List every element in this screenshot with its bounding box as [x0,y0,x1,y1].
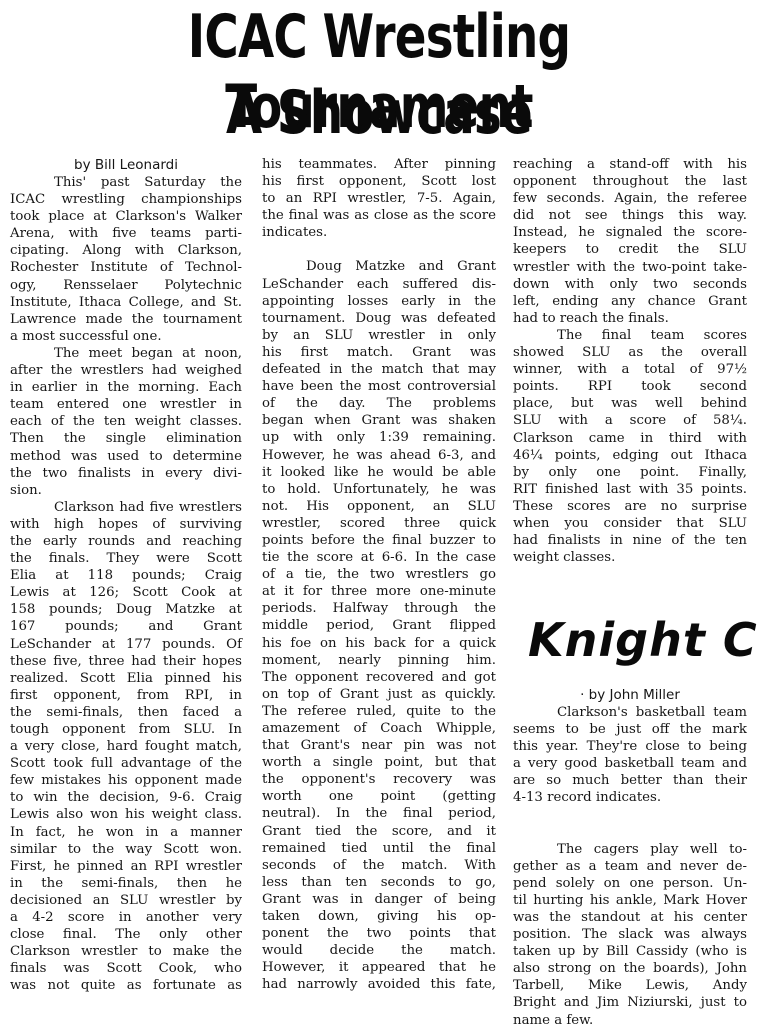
text-line: showed SLU as the overall [513,344,747,361]
text-line: This' past Saturday the [10,174,242,191]
column-lines: Clarkson's basketball teamseems to be ju… [513,704,747,1024]
text-line: ponent the two points that [262,925,496,942]
text-line: taken down, giving his op- [262,908,496,925]
text-line: opponent throughout the last [513,173,747,190]
text-line: Then the single elimination [10,430,242,447]
text-line: the two finalists in every divi- [10,465,242,482]
text-line: Institute, Ithaca College, and St. [10,294,242,311]
text-line: by only one point. Finally, [513,464,747,481]
text-line: pend solely on one person. Un- [513,875,747,892]
text-line: less than ten seconds to go, [262,874,496,891]
text-line: Rochester Institute of Technol- [10,259,242,276]
text-line: of the day. The problems [262,395,496,412]
text-line: remained tied until the final [262,840,496,857]
text-line: neutral). In the final period, [262,805,496,822]
text-line: to an RPI wrestler, 7-5. Again, [262,190,496,207]
text-line: in the semi-finals, then he [10,875,242,892]
text-line: LeSchander each suffered dis- [262,276,496,293]
text-line: was the standout at his center [513,909,747,926]
text-line: defeated in the match that may [262,361,496,378]
text-line: amazement of Coach Whipple, [262,720,496,737]
text-line: In fact, he won in a manner [10,824,242,841]
text-line: However, it appeared that he [262,959,496,976]
text-line: also strong on the boards), John [513,960,747,977]
text-line: Lewis also won his weight class. [10,806,242,823]
text-line: Clarkson came in third with [513,430,747,447]
text-line: began when Grant was shaken [262,412,496,429]
text-line: LeSchander at 177 pounds. Of [10,636,242,653]
text-line: in earlier in the morning. Each [10,379,242,396]
text-line: his first opponent, Scott lost [262,173,496,190]
text-line: not. His opponent, an SLU [262,498,496,515]
text-line: close final. The only other [10,926,242,943]
text-line: did not see things this way. [513,207,747,224]
text-line: til hurting his ankle, Mark Hover [513,892,747,909]
text-line: moment, nearly pinning him. [262,652,496,669]
text-line: periods. Halfway through the [262,600,496,617]
text-line: Elia at 118 pounds; Craig [10,567,242,584]
paragraph-gap [513,807,747,824]
text-line: finals was Scott Cook, who [10,960,242,977]
text-line: team entered one wrestler in [10,396,242,413]
text-line: 4-13 record indicates. [513,789,747,806]
text-line: tournament. Doug was defeated [262,310,496,327]
text-line: his foe on his back for a quick [262,635,496,652]
text-line: when you consider that SLU [513,515,747,532]
text-line: are so much better than their [513,772,747,789]
text-line: appointing losses early in the [262,293,496,310]
paragraph-gap [513,824,747,841]
text-line: Instead, he signaled the score- [513,224,747,241]
text-line: Doug Matzke and Grant [262,258,496,275]
text-line: seconds of the match. With [262,857,496,874]
text-line: the finals. They were Scott [10,550,242,567]
text-line: at it for three more one-minute [262,583,496,600]
column-lines: This' past Saturday theICAC wrestling ch… [10,174,242,995]
text-line: realized. Scott Elia pinned his [10,670,242,687]
text-line: SLU with a score of 58¼. [513,412,747,429]
text-line: the final was as close as the score [262,207,496,224]
text-line: keepers to credit the SLU [513,241,747,258]
text-line: 46¼ points, edging out Ithaca [513,447,747,464]
text-line: a very good basketball team and [513,755,747,772]
text-line: his teammates. After pinning [262,156,496,173]
text-line: reaching a stand-off with his [513,156,747,173]
text-line: Clarkson wrestler to make the [10,943,242,960]
text-line: Bright and Jim Niziurski, just to [513,994,747,1011]
text-line: First, he pinned an RPI wrestler [10,858,242,875]
text-line: RIT finished last with 35 points. [513,481,747,498]
text-line: tie the score at 6-6. In the case [262,549,496,566]
text-line: However, he was ahead 6-3, and [262,447,496,464]
text-line: ogy, Rensselaer Polytechnic [10,277,242,294]
text-line: decisioned an SLU wrestler by [10,892,242,909]
text-line: points before the final buzzer to [262,532,496,549]
text-line: that Grant's near pin was not [262,737,496,754]
text-line: had narrowly avoided this fate, [262,976,496,993]
text-line: Grant tied the score, and it [262,823,496,840]
text-line: wrestler, scored three quick [262,515,496,532]
text-line: The opponent recovered and got [262,669,496,686]
text-line: winner, with a total of 97½ [513,361,747,378]
text-line: sion. [10,482,242,499]
text-line: Grant was in danger of being [262,891,496,908]
text-line: to hold. Unfortunately, he was [262,481,496,498]
text-line: weight classes. [513,549,747,566]
text-line: 167 pounds; and Grant [10,618,242,635]
text-line: few mistakes his opponent made [10,772,242,789]
text-line: position. The slack was always [513,926,747,943]
text-line: Clarkson's basketball team [513,704,747,721]
text-line: by an SLU wrestler in only [262,327,496,344]
text-line: on top of Grant just as quickly. [262,686,496,703]
column-lines: his teammates. After pinninghis first op… [262,156,496,994]
text-line: left, ending any chance Grant [513,293,747,310]
text-line: a 4-2 score in another very [10,909,242,926]
text-line: the opponent's recovery was [262,771,496,788]
text-line: few seconds. Again, the referee [513,190,747,207]
text-line: The final team scores [513,327,747,344]
text-line: would decide the match. [262,942,496,959]
text-line: Clarkson had five wrestlers [10,499,242,516]
text-line: it looked like he would be able [262,464,496,481]
text-line: each of the ten weight classes. [10,413,242,430]
text-line: a most successful one. [10,328,242,345]
text-line: Tarbell, Mike Lewis, Andy [513,977,747,994]
text-line: seems to be just off the mark [513,721,747,738]
text-line: down with only two seconds [513,276,747,293]
text-line: had to reach the finals. [513,310,747,327]
text-line: middle period, Grant flipped [262,617,496,634]
text-line: place, but was well behind [513,395,747,412]
text-line: after the wrestlers had weighed [10,362,242,379]
column-lines: reaching a stand-off with hisopponent th… [513,156,747,566]
text-line: Scott took full advantage of the [10,755,242,772]
text-line: Lawrence made the tournament [10,311,242,328]
text-line: was not quite as fortunate as [10,977,242,994]
text-line: to win the decision, 9-6. Craig [10,789,242,806]
text-line: method was used to determine [10,448,242,465]
text-line: Arena, with five teams parti- [10,225,242,242]
headline-line-2: A Showcase [83,78,674,148]
text-line: first opponent, from RPI, in [10,687,242,704]
text-line: the early rounds and reaching [10,533,242,550]
text-line: 158 pounds; Doug Matzke at [10,601,242,618]
text-line: cipating. Along with Clarkson, [10,242,242,259]
article1-column-1: by Bill Leonardi This' past Saturday the… [10,156,242,995]
text-line: indicates. [262,224,496,241]
article2-column: · by John Miller Clarkson's basketball t… [513,686,747,1024]
text-line: tough opponent from SLU. In [10,721,242,738]
text-line: Lewis at 126; Scott Cook at [10,584,242,601]
text-line: his first match. Grant was [262,344,496,361]
byline: by Bill Leonardi [10,156,242,174]
text-line: The referee ruled, quite to the [262,703,496,720]
text-line: gether as a team and never de- [513,858,747,875]
text-line: similar to the way Scott won. [10,841,242,858]
text-line: These scores are no surprise [513,498,747,515]
text-line: with high hopes of surviving [10,516,242,533]
text-line: up with only 1:39 remaining. [262,429,496,446]
text-line: taken up by Bill Cassidy (who is [513,943,747,960]
article2-headline: Knight Ca [528,612,758,668]
byline: · by John Miller [513,686,747,704]
text-line: of a tie, the two wrestlers go [262,566,496,583]
text-line: points. RPI took second [513,378,747,395]
text-line: took place at Clarkson's Walker [10,208,242,225]
text-line: worth a single point, but that [262,754,496,771]
article1-column-3: reaching a stand-off with hisopponent th… [513,156,747,566]
text-line: worth one point (getting [262,788,496,805]
text-line: have been the most controversial [262,378,496,395]
text-line: a very close, hard fought match, [10,738,242,755]
article1-column-2: his teammates. After pinninghis first op… [262,156,496,994]
text-line: ICAC wrestling championships [10,191,242,208]
text-line: The cagers play well to- [513,841,747,858]
text-line: these five, three had their hopes [10,653,242,670]
paragraph-gap [262,241,496,258]
text-line: wrestler with the two-point take- [513,259,747,276]
text-line: name a few. [513,1012,747,1024]
text-line: the semi-finals, then faced a [10,704,242,721]
text-line: this year. They're close to being [513,738,747,755]
text-line: The meet began at noon, [10,345,242,362]
text-line: had finalists in nine of the ten [513,532,747,549]
